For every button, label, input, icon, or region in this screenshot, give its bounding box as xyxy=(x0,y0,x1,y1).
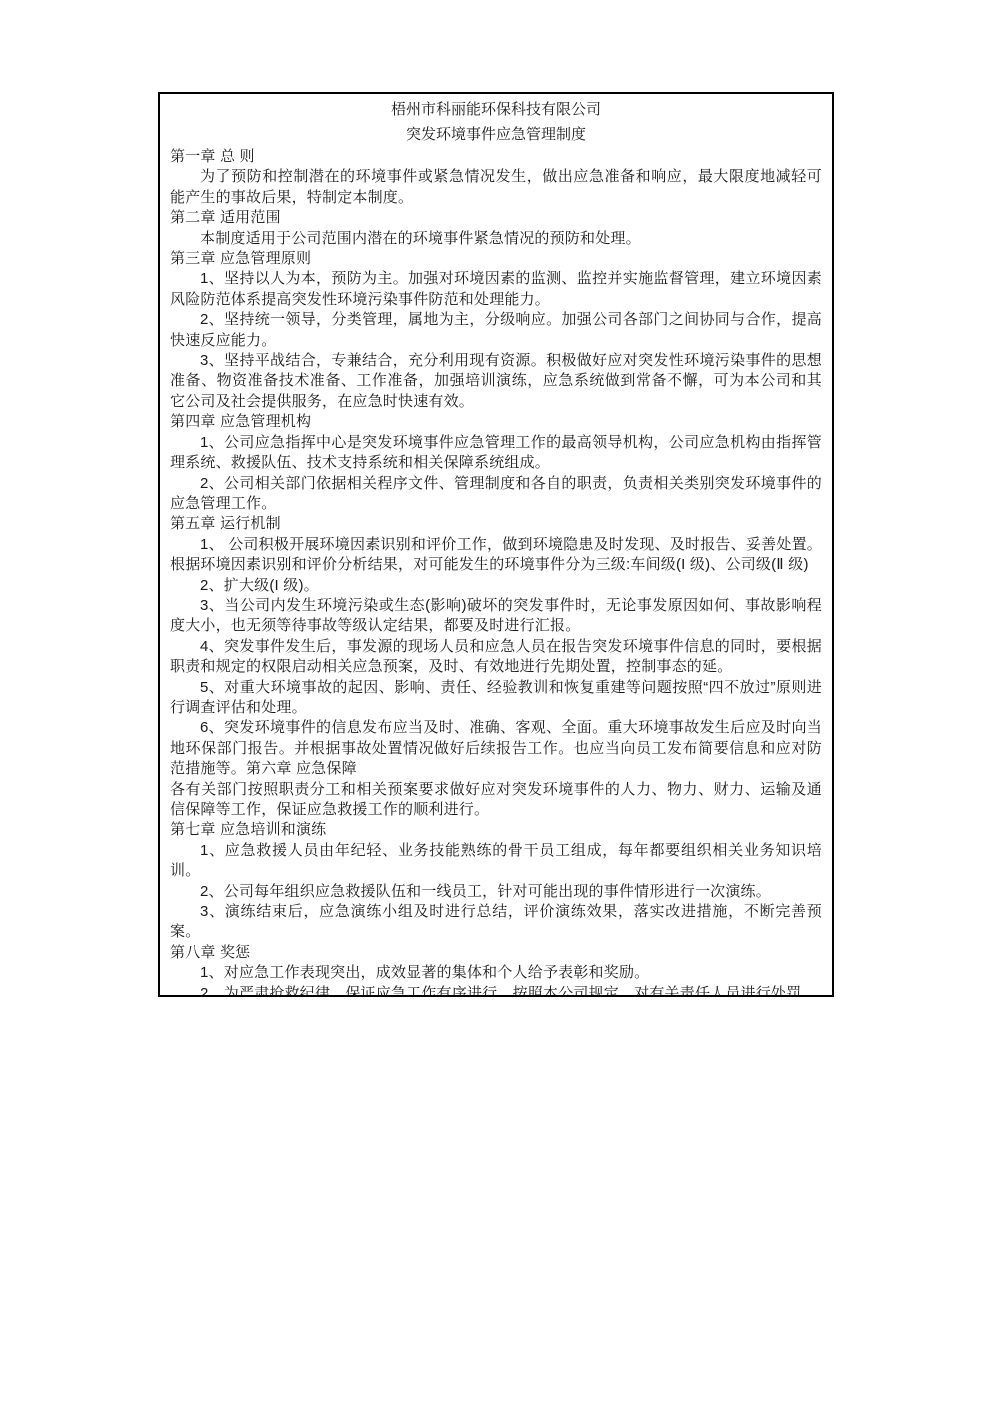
paragraph: 为了预防和控制潜在的环境事件或紧急情况发生，做出应急准备和响应，最大限度地减轻可… xyxy=(170,167,822,208)
paragraph: 6、突发环境事件的信息发布应当及时、准确、客观、全面。重大环境事故发生后应及时向… xyxy=(170,718,822,779)
paragraph: 2、坚持统一领导，分类管理，属地为主，分级响应。加强公司各部门之间协同与合作，提… xyxy=(170,310,822,351)
paragraph: 2、扩大级(I 级)。 xyxy=(170,576,822,596)
paragraph: 2、公司相关部门依据相关程序文件、管理制度和各自的职责，负责相关类别突发环境事件… xyxy=(170,474,822,515)
chapter-heading: 第五章 运行机制 xyxy=(170,514,822,534)
paragraph: 3、演练结束后，应急演练小组及时进行总结，评价演练效果，落实改进措施，不断完善预… xyxy=(170,902,822,943)
document-title: 梧州市科丽能环保科技有限公司 xyxy=(170,97,822,122)
chapter-heading: 第一章 总 则 xyxy=(170,147,822,167)
paragraph: 2、为严肃抢救纪律，保证应急工作有序进行，按照本公司规定，对有关责任人员进行处罚… xyxy=(170,984,822,997)
paragraph: 3、坚持平战结合，专兼结合，充分利用现有资源。积极做好应对突发性环境污染事件的思… xyxy=(170,351,822,412)
paragraph: 1、公司应急指挥中心是突发环境事件应急管理工作的最高领导机构，公司应急机构由指挥… xyxy=(170,433,822,474)
paragraph: 本制度适用于公司范围内潜在的环境事件紧急情况的预防和处理。 xyxy=(170,229,822,249)
page: { "document": { "title": "梧州市科丽能环保科技有限公司… xyxy=(0,0,992,1403)
paragraph: 1、坚持以人为本，预防为主。加强对环境因素的监测、监控并实施监督管理，建立环境因… xyxy=(170,269,822,310)
paragraph: 各有关部门按照职责分工和相关预案要求做好应对突发环境事件的人力、物力、财力、运输… xyxy=(170,780,822,821)
chapter-heading: 第四章 应急管理机构 xyxy=(170,412,822,432)
chapter-heading: 第三章 应急管理原则 xyxy=(170,249,822,269)
paragraph: 4、突发事件发生后，事发源的现场人员和应急人员在报告突发环境事件信息的同时，要根… xyxy=(170,637,822,678)
paragraph: 3、当公司内发生环境污染或生态(影响)破坏的突发事件时，无论事发原因如何、事故影… xyxy=(170,596,822,637)
document-body: 第一章 总 则为了预防和控制潜在的环境事件或紧急情况发生，做出应急准备和响应，最… xyxy=(170,147,822,997)
paragraph: 2、公司每年组织应急救援队伍和一线员工，针对可能出现的事件情形进行一次演练。 xyxy=(170,882,822,902)
paragraph: 1、应急救援人员由年纪轻、业务技能熟练的骨干员工组成，每年都要组织相关业务知识培… xyxy=(170,841,822,882)
chapter-heading: 第八章 奖惩 xyxy=(170,943,822,963)
chapter-heading: 第七章 应急培训和演练 xyxy=(170,820,822,840)
chapter-heading: 第二章 适用范围 xyxy=(170,208,822,228)
paragraph: 1、对应急工作表现突出，成效显著的集体和个人给予表彰和奖励。 xyxy=(170,963,822,983)
paragraph: 1、 公司积极开展环境因素识别和评价工作，做到环境隐患及时发现、及时报告、妥善处… xyxy=(170,535,822,576)
paragraph: 5、对重大环境事故的起因、影响、责任、经验教训和恢复重建等问题按照“四不放过”原… xyxy=(170,678,822,719)
document-subtitle: 突发环境事件应急管理制度 xyxy=(170,122,822,147)
document-frame: 梧州市科丽能环保科技有限公司 突发环境事件应急管理制度 第一章 总 则为了预防和… xyxy=(158,92,834,997)
